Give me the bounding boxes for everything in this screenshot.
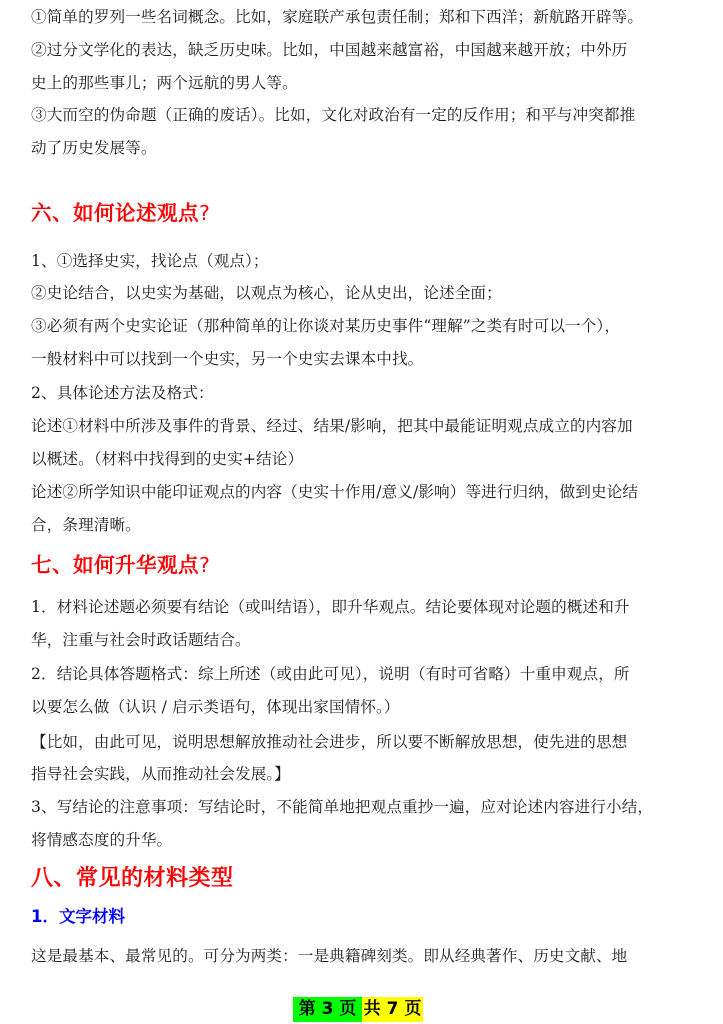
intro-item-2: ②过分文学化的表达，缺乏历史味。比如，中国越来越富裕，中国越来越开放；中外历 [31,40,693,60]
current-page-label: 第 3 页 [293,997,362,1022]
section-7-line-4: 以要怎么做（认识 / 启示类语句，体现出家国情怀。） [31,697,693,717]
section-6-line-5: 2、具体论述方法及格式： [31,383,693,403]
intro-item-3: ③大而空的伪命题（正确的废话）。比如，文化对政治有一定的反作用；和平与冲突都推 [31,105,693,125]
section-7-line-7: 3、写结论的注意事项：写结论时，不能简单地把观点重抄一遍，应对论述内容进行小结， [31,797,693,817]
section-7-line-8: 将情感态度的升华。 [31,830,693,850]
section-6-line-1: 1、①选择史实，找论点（观点）； [31,251,693,271]
section-7-question-mark: ? [199,553,210,577]
section-6-line-2: ②史论结合，以史实为基础，以观点为核心，论从史出，论述全面； [31,283,693,303]
intro-item-1: ①简单的罗列一些名词概念。比如，家庭联产承包责任制；郑和下西洋；新航路开辟等。 [31,7,693,27]
section-7-line-3: 2．结论具体答题格式：综上所述（或由此可见），说明（有时可省略）十重申观点，所 [31,664,693,684]
section-6-line-9: 合，条理清晰。 [31,515,693,535]
section-8-line-1: 这是最基本、最常见的。可分为两类：一是典籍碑刻类。即从经典著作、历史文献、地 [31,946,693,966]
section-6-line-4: 一般材料中可以找到一个史实，另一个史实去课本中找。 [31,349,693,369]
section-7-title: 七、如何升华观点 [31,553,199,577]
section-8-heading: 八、常见的材料类型 [31,866,234,892]
section-6-line-8: 论述②所学知识中能印证观点的内容（史实十作用/意义/影响）等进行归纳，做到史论结 [31,482,693,502]
total-pages-label: 共 7 页 [362,997,423,1022]
section-6-line-3: ③必须有两个史实论证（那种简单的让你谈对某历史事件“理解”之类有时可以一个）， [31,316,693,336]
section-6-title: 六、如何论述观点 [31,201,199,225]
section-7-heading: 七、如何升华观点? [31,552,210,578]
intro-item-3-cont: 动了历史发展等。 [31,138,693,158]
section-8-subheading: 1．文字材料 [31,906,125,928]
section-6-line-7: 以概述。（材料中找得到的史实+结论） [31,449,693,469]
section-6-question-mark: ? [199,201,210,225]
section-7-line-1: 1．材料论述题必须要有结论（或叫结语），即升华观点。结论要体现对论题的概述和升 [31,597,693,617]
section-7-line-6: 指导社会实践，从而推动社会发展。】 [31,764,693,784]
section-6-heading: 六、如何论述观点? [31,200,210,226]
section-7-line-5: 【比如，由此可见，说明思想解放推动社会进步，所以要不断解放思想，使先进的思想 [31,732,693,752]
section-7-line-2: 华，注重与社会时政话题结合。 [31,630,693,650]
page-indicator: 第 3 页 共 7 页 [293,997,423,1022]
section-6-line-6: 论述①材料中所涉及事件的背景、经过、结果/影响，把其中最能证明观点成立的内容加 [31,416,693,436]
intro-item-2-cont: 史上的那些事儿；两个远航的男人等。 [31,73,693,93]
